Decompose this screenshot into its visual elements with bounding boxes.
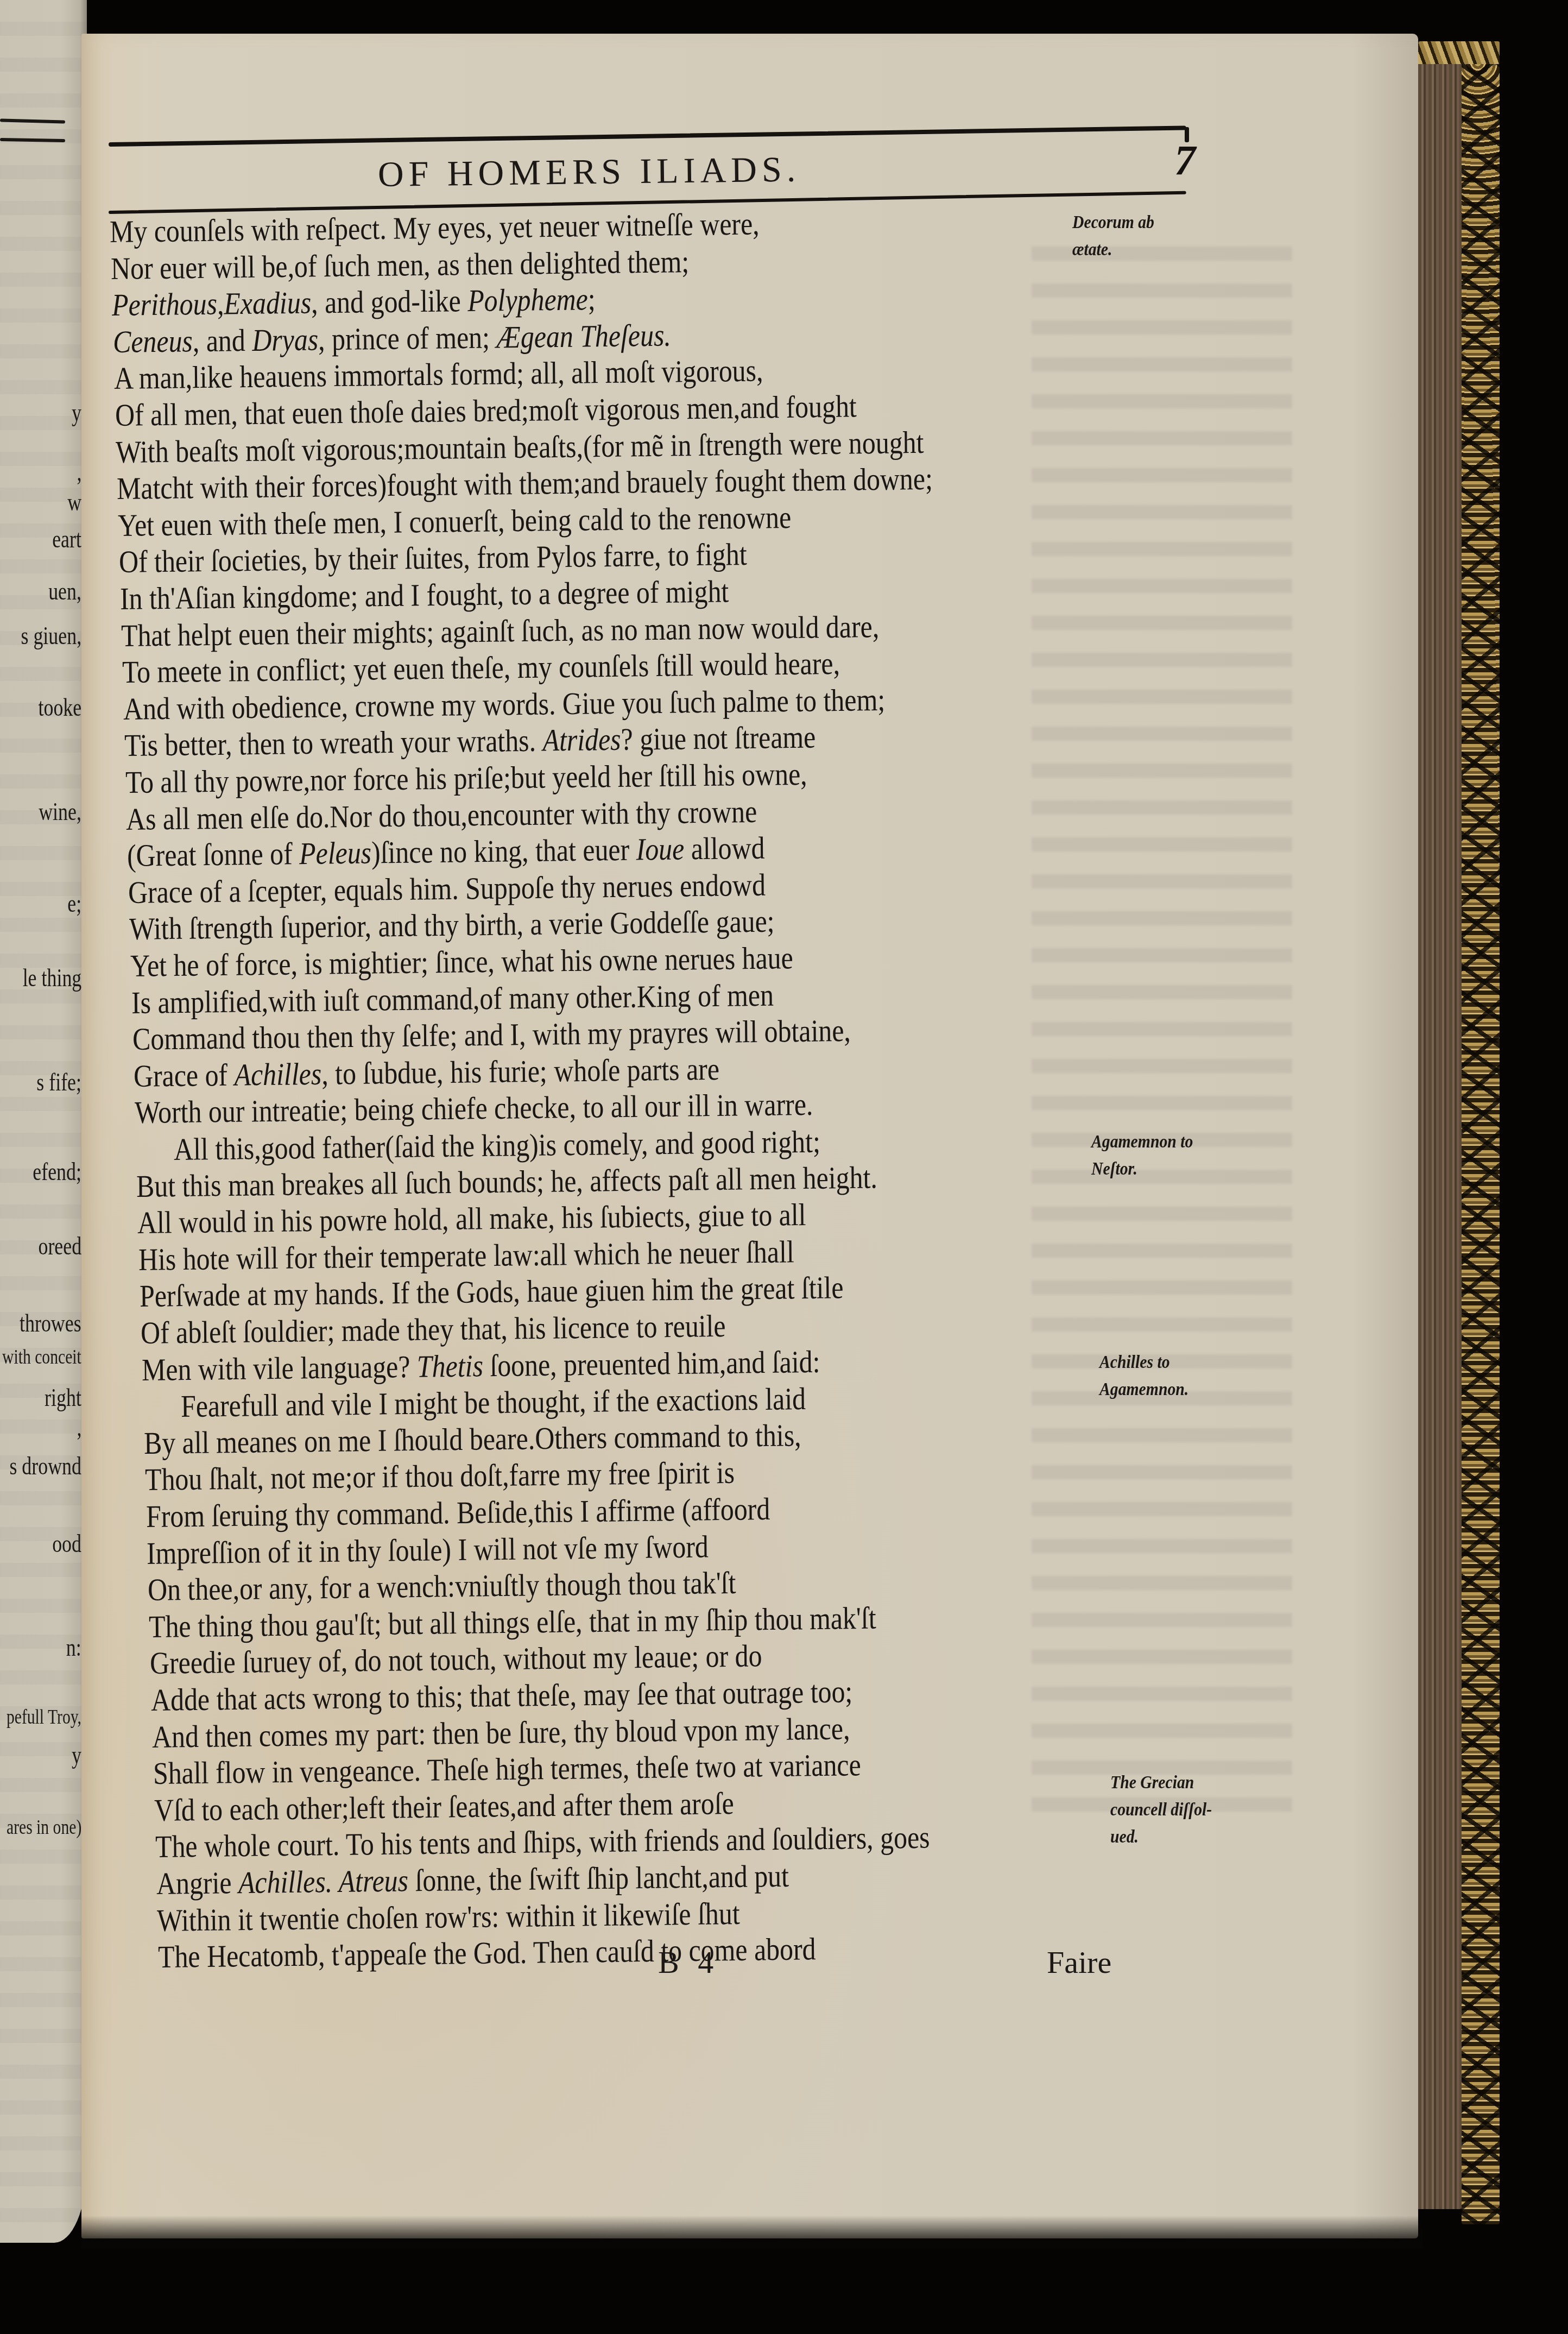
verse-line: Of ableſt ſouldier; made they that, his …: [141, 1310, 726, 1349]
left-page-fragment: right: [45, 1385, 81, 1410]
verse-line: Of all men, that euen thoſe daies bred;m…: [115, 390, 856, 431]
left-page-fragment: s fife;: [36, 1070, 81, 1095]
verse-line: Grace of Achilles, to ſubdue, his furie;…: [133, 1054, 719, 1092]
left-page-fragment: s drownd: [9, 1454, 81, 1479]
left-page-fragment: ,: [77, 1415, 81, 1440]
verse-line: By all meanes on me I ſhould beare.Other…: [143, 1420, 801, 1459]
italic-name: Polypheme: [467, 282, 588, 319]
margin-note-line: Agamemnon.: [1099, 1376, 1188, 1403]
verse-segment: , to ſubdue, his furie; whoſe parts are: [321, 1051, 719, 1092]
italic-name: Peleus: [299, 835, 372, 872]
verse-segment: Tis better, then to wreath your wraths.: [124, 723, 542, 763]
italic-name: Ioue: [636, 831, 685, 867]
left-page-fragment: tooke: [38, 695, 81, 720]
gilded-cover-border: [1462, 41, 1500, 2224]
italic-name: Ceneus: [112, 323, 192, 359]
verse-segment: ? giue not ſtreame: [621, 720, 815, 757]
margin-note-line: Achilles to: [1099, 1349, 1188, 1376]
verse-segment: Of ableſt ſouldier; made they that, his …: [141, 1308, 726, 1351]
verse-line: Of their ſocieties, by their ſuites, fro…: [119, 539, 747, 578]
left-page-show-through: [0, 0, 87, 2243]
verse-line: A man,like heauens immortals formd; all,…: [113, 355, 763, 395]
left-page-fragment: pefull Troy,: [7, 1707, 81, 1727]
margin-note-line: ued.: [1110, 1824, 1212, 1851]
italic-name: Thetis: [417, 1348, 484, 1384]
italic-name: Perithous: [111, 286, 217, 323]
verse-segment: (Great ſonne of: [127, 836, 300, 873]
verse-line: Ceneus, and Dryas, prince of men; Ægean …: [112, 319, 671, 358]
margin-note-line: Agamemnon to: [1091, 1128, 1193, 1156]
verse-line: Impreſſion of it in thy ſoule) I will no…: [147, 1531, 709, 1569]
verse-line: Is amplified,with iuſt command,of many o…: [131, 979, 774, 1018]
verse-segment: Grace of: [133, 1057, 234, 1094]
left-page-fragment: le thing: [22, 966, 81, 991]
verse-line: Vſd to each other;left their ſeates,and …: [154, 1788, 734, 1826]
verse-line: As all men elſe do.Nor do thou,encounter…: [126, 796, 757, 835]
verse-segment: , and: [192, 323, 252, 358]
verse-line: Angrie Achilles. Atreus ſonne, the ſwift…: [156, 1860, 788, 1900]
margin-note: The Greciancouncell diſſol-ued.: [1110, 1769, 1212, 1851]
verse-line: Nor euer will be,of ſuch men, as then de…: [111, 246, 690, 285]
verse-segment: ,: [217, 286, 224, 321]
left-page-fragment: wine,: [39, 799, 81, 824]
catchword: Faire: [1047, 1944, 1111, 1980]
verse-line: Yet he of force, is mightier; ſince, wha…: [130, 942, 793, 982]
verse-segment: Within it twentie choſen row'rs: within …: [157, 1896, 740, 1938]
left-page-fragment: ares in one): [7, 1817, 81, 1838]
left-page-fragment: s giuen,: [21, 623, 81, 648]
verse-segment: As all men elſe do.Nor do thou,encounter…: [126, 793, 757, 836]
verse-segment: ;: [587, 281, 595, 317]
verse-segment: allowd: [684, 830, 765, 867]
margin-note: Decorum abætate.: [1072, 209, 1154, 263]
margin-note-line: The Grecian: [1110, 1769, 1212, 1796]
page-bottom-shadow: [81, 2216, 1422, 2248]
italic-name: Atrides: [542, 722, 621, 758]
verse-line: Perithous,Exadius, and god-like Polyphem…: [112, 283, 596, 321]
verse-line: Shall flow in vengeance. Theſe high term…: [153, 1749, 861, 1789]
verse-line: That helpt euen their mights; againſt ſu…: [121, 611, 880, 652]
verse-line: And then comes my part: then be ſure, th…: [152, 1713, 850, 1753]
page-stack-fore-edge: [1418, 64, 1463, 2209]
verse-segment: Nor euer will be,of ſuch men, as then de…: [111, 244, 690, 286]
verse-line: Thou ſhalt, not me;or if thou doſt,farre…: [144, 1457, 734, 1496]
margin-note-line: ætate.: [1072, 236, 1154, 263]
verse-line: His hote will for their temperate law:al…: [138, 1236, 794, 1276]
left-page-fragment: ood: [52, 1531, 81, 1556]
margin-note: Agamemnon toNeſtor.: [1091, 1128, 1193, 1183]
left-page-fragment: with conceit: [2, 1347, 81, 1367]
verse-line: My counſels with reſpect. My eyes, yet n…: [110, 208, 760, 248]
verse-line: Grace of a ſcepter, equals him. Suppoſe …: [128, 869, 766, 909]
italic-name: Ægean Theſeus.: [496, 317, 671, 355]
left-page-fragment: uen,: [48, 579, 81, 604]
verse-segment: Impreſſion of it in thy ſoule) I will no…: [147, 1529, 709, 1571]
verse-segment: In th'Aſian kingdome; and I fought, to a…: [120, 573, 729, 616]
show-through-text: [1032, 228, 1292, 1830]
left-page-fragment: n:: [66, 1635, 81, 1660]
left-page-fragment: ,: [77, 460, 81, 485]
verse-segment: ſonne, the ſwift ſhip lancht,and put: [408, 1858, 789, 1898]
verse-segment: Angrie: [156, 1865, 238, 1901]
verse-line: All this,good father(ſaid the king)is co…: [173, 1126, 820, 1165]
verse-line: Worth our intreatie; being chiefe checke…: [134, 1089, 813, 1128]
margin-note: Achilles toAgamemnon.: [1099, 1349, 1188, 1403]
verse-line: On thee,or any, for a wench:vniuſtly tho…: [148, 1567, 736, 1606]
signature-mark: B 4: [658, 1944, 719, 1980]
margin-note-line: Decorum ab: [1072, 209, 1154, 236]
verse-line: Within it twentie choſen row'rs: within …: [157, 1898, 740, 1936]
margin-note-line: Neſtor.: [1091, 1156, 1193, 1183]
verse-segment: ſoone, preuented him,and ſaid:: [483, 1343, 820, 1383]
verse-segment: Vſd to each other;left their ſeates,and …: [154, 1786, 734, 1828]
page-number: 7: [1174, 136, 1196, 185]
verse-line: Yet euen with theſe men, I conuerſt, bei…: [118, 502, 792, 541]
verse-line: With ſtrength ſuperior, and thy birth, a…: [129, 906, 775, 945]
left-page-fragment: throwes: [20, 1311, 81, 1336]
verse-line: Perſwade at my hands. If the Gods, haue …: [140, 1272, 844, 1313]
left-page-fragment: y: [72, 400, 81, 425]
verse-line: Fearefull and vile I might be thought, i…: [181, 1383, 806, 1422]
left-facing-page: y,weartuen,s giuen,tookewine,e;le things…: [0, 0, 87, 2243]
running-title: OF HOMERS ILIADS.: [378, 149, 801, 195]
verse-line: Tis better, then to wreath your wraths. …: [124, 722, 815, 762]
verse-segment: )ſince no king, that euer: [371, 832, 636, 870]
verse-line: Command thou then thy ſelfe; and I, with…: [132, 1015, 851, 1055]
italic-name: Achilles. Atreus: [238, 1863, 408, 1900]
verse-segment: Thou ſhalt, not me;or if thou doſt,farre…: [144, 1455, 735, 1497]
verse-line: But this man breakes all ſuch bounds; he…: [136, 1162, 877, 1202]
verse-line: To meete in conflict; yet euen theſe, my…: [122, 648, 840, 688]
verse-line: The thing thou gau'ſt; but all things el…: [149, 1602, 876, 1642]
verse-segment: , prince of men;: [318, 319, 497, 357]
verse-line: To all thy powre,nor force his priſe;but…: [125, 759, 807, 798]
margin-note-line: councell diſſol-: [1110, 1796, 1212, 1824]
left-page-fragment: e;: [67, 891, 81, 916]
left-page-fragment: w: [67, 490, 81, 515]
left-page-fragment: oreed: [38, 1234, 81, 1259]
left-page-fragment: efend;: [33, 1159, 81, 1184]
verse-line: Men with vile language? Thetis ſoone, pr…: [142, 1346, 820, 1385]
verse-line: (Great ſonne of Peleus)ſince no king, th…: [127, 832, 765, 872]
verse-line: Adde that acts wrong to this; that theſe…: [151, 1676, 853, 1716]
verse-segment: Is amplified,with iuſt command,of many o…: [131, 977, 774, 1020]
verse-segment: Men with vile language?: [142, 1348, 418, 1387]
gilded-cover-corner: [1418, 41, 1500, 64]
left-page-fragment: eart: [52, 527, 81, 552]
verse-segment: On thee,or any, for a wench:vniuſtly tho…: [148, 1565, 736, 1607]
verse-line: In th'Aſian kingdome; and I fought, to a…: [120, 576, 729, 615]
italic-name: Achilles: [234, 1056, 321, 1093]
left-page-fragment: y: [72, 1743, 81, 1768]
italic-name: Exadius: [224, 285, 311, 321]
verse-line: Greedie ſuruey of, do not touch, without…: [150, 1641, 762, 1680]
verse-segment: , and god-like: [311, 283, 468, 320]
verse-line: From ſeruing thy command. Beſide,this I …: [146, 1493, 770, 1532]
verse-line: All would in his powre hold, all make, h…: [137, 1199, 806, 1239]
italic-name: Dryas: [252, 321, 319, 357]
